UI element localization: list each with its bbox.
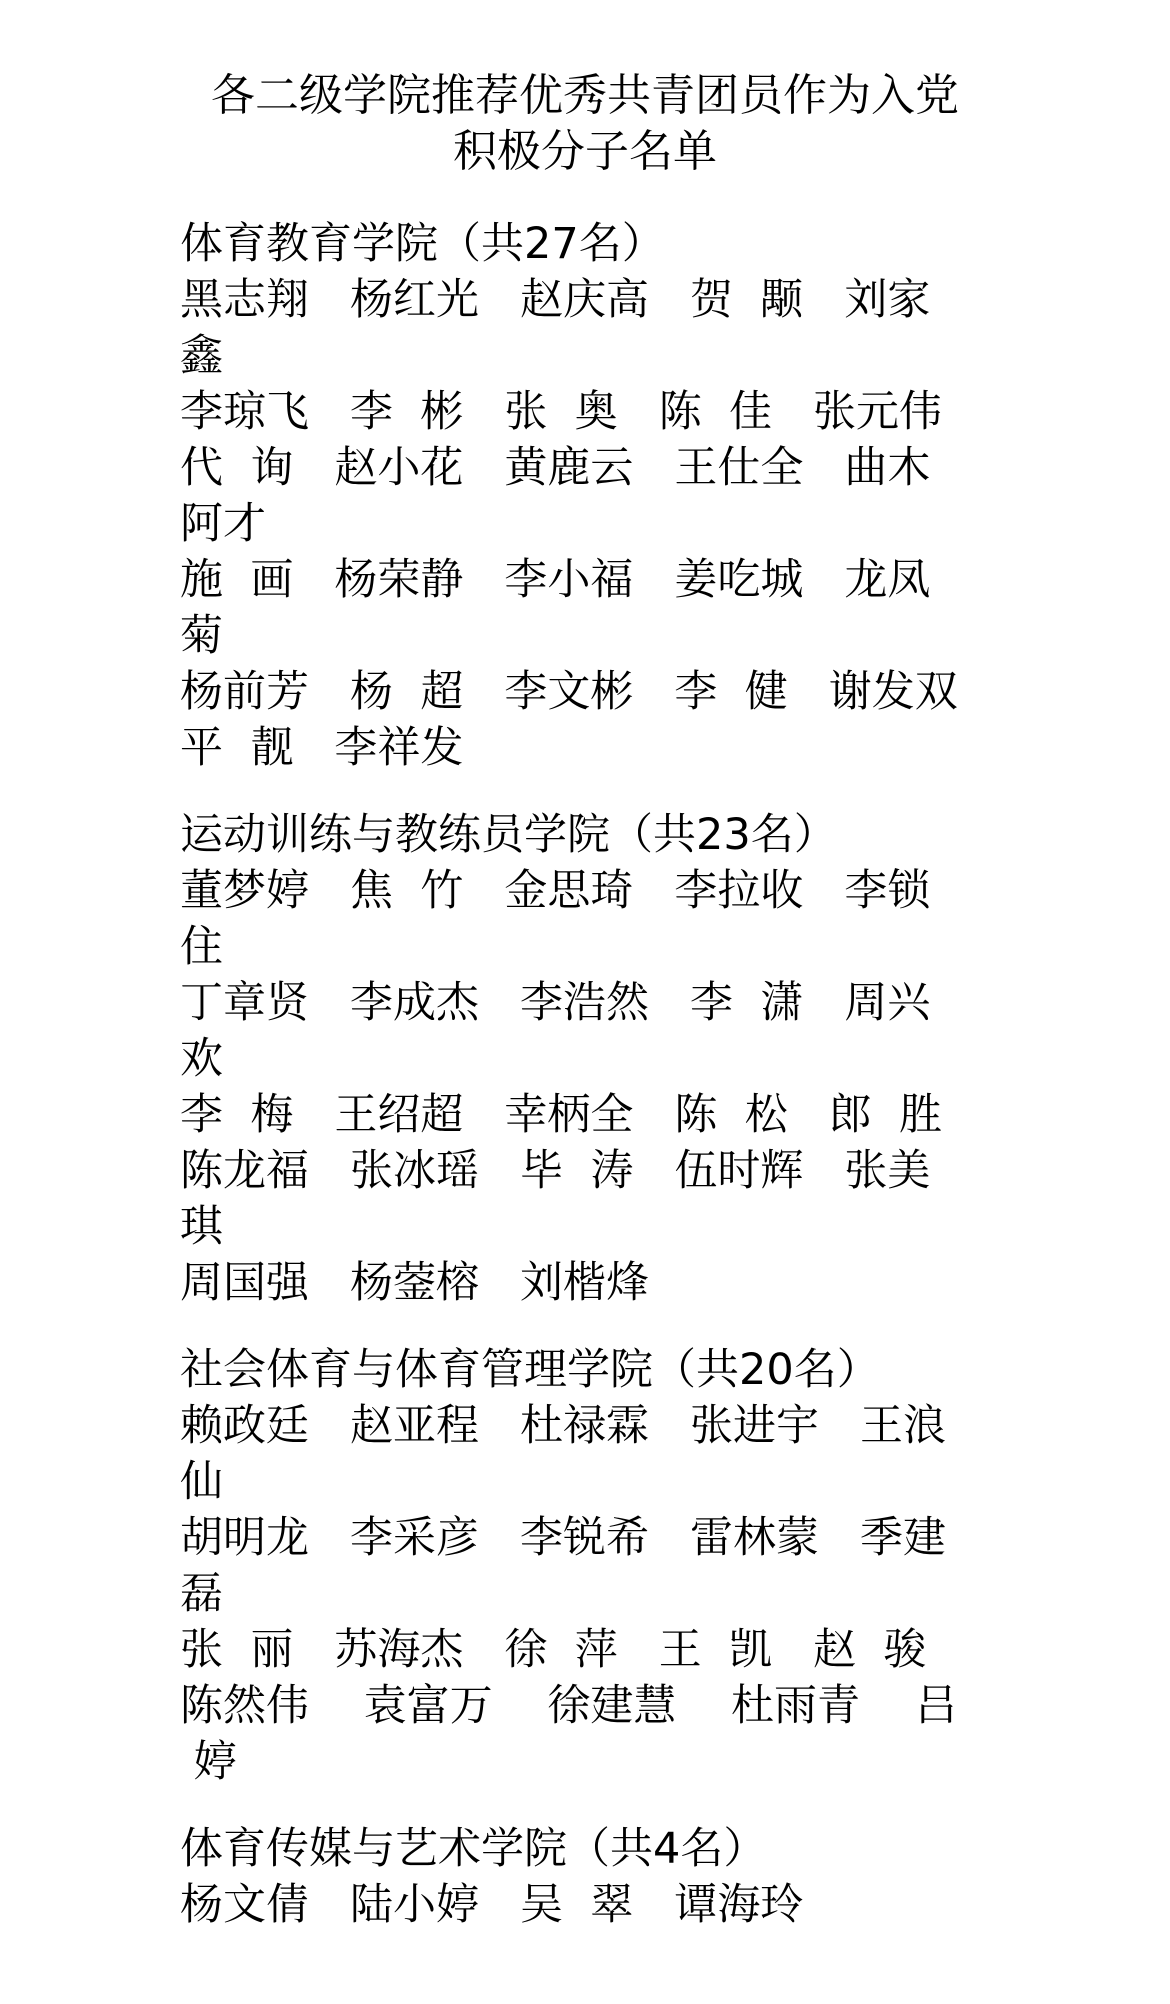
name-line: 胡明龙 李采彦 李锐希 雷林蒙 季建 [180, 1510, 1140, 1566]
section-heading: 社会体育与体育管理学院（共20名） [180, 1342, 1140, 1398]
section-sports-training-coaching: 运动训练与教练员学院（共23名） 董梦婷 焦 竹 金思琦 李拉收 李锁 住 丁章… [180, 807, 1140, 1311]
section-heading: 体育教育学院（共27名） [180, 216, 1140, 272]
name-line: 周国强 杨蓥榕 刘楷烽 [180, 1255, 1140, 1311]
name-line: 平 靓 李祥发 [180, 720, 1140, 776]
name-line: 琪 [180, 1199, 1140, 1255]
name-line: 赖政廷 赵亚程 杜禄霖 张进宇 王浪 [180, 1398, 1140, 1454]
title-line-2: 积极分子名单 [0, 124, 1170, 180]
name-line: 仙 [180, 1454, 1140, 1510]
name-line: 董梦婷 焦 竹 金思琦 李拉收 李锁 [180, 863, 1140, 919]
name-line: 李 梅 王绍超 幸柄全 陈 松 郎 胜 [180, 1087, 1140, 1143]
name-line: 杨文倩 陆小婷 吴 翠 谭海玲 [180, 1877, 1140, 1933]
name-line: 菊 [180, 608, 1140, 664]
name-line: 黑志翔 杨红光 赵庆高 贺 颙 刘家 [180, 272, 1140, 328]
name-line: 施 画 杨荣静 李小福 姜吃城 龙凤 [180, 552, 1140, 608]
name-line: 欢 [180, 1031, 1140, 1087]
name-line: 磊 [180, 1566, 1140, 1622]
section-heading: 运动训练与教练员学院（共23名） [180, 807, 1140, 863]
name-line: 陈然伟 袁富万 徐建慧 杜雨青 吕 [180, 1678, 1140, 1734]
document-title: 各二级学院推荐优秀共青团员作为入党 积极分子名单 [0, 68, 1170, 180]
section-heading: 体育传媒与艺术学院（共4名） [180, 1821, 1140, 1877]
title-line-1: 各二级学院推荐优秀共青团员作为入党 [0, 68, 1170, 124]
document-body: 体育教育学院（共27名） 黑志翔 杨红光 赵庆高 贺 颙 刘家 鑫 李琼飞 李 … [180, 216, 1140, 1964]
name-line: 鑫 [180, 328, 1140, 384]
name-line: 李琼飞 李 彬 张 奥 陈 佳 张元伟 [180, 384, 1140, 440]
document-page: 各二级学院推荐优秀共青团员作为入党 积极分子名单 体育教育学院（共27名） 黑志… [0, 0, 1170, 2004]
name-line: 张 丽 苏海杰 徐 萍 王 凯 赵 骏 [180, 1622, 1140, 1678]
name-line: 杨前芳 杨 超 李文彬 李 健 谢发双 [180, 664, 1140, 720]
section-physical-education: 体育教育学院（共27名） 黑志翔 杨红光 赵庆高 贺 颙 刘家 鑫 李琼飞 李 … [180, 216, 1140, 776]
name-line: 代 询 赵小花 黄鹿云 王仕全 曲木 [180, 440, 1140, 496]
name-line: 阿才 [180, 496, 1140, 552]
name-line: 婷 [180, 1734, 1140, 1790]
section-social-sports-management: 社会体育与体育管理学院（共20名） 赖政廷 赵亚程 杜禄霖 张进宇 王浪 仙 胡… [180, 1342, 1140, 1790]
name-line: 丁章贤 李成杰 李浩然 李 潇 周兴 [180, 975, 1140, 1031]
section-sports-media-arts: 体育传媒与艺术学院（共4名） 杨文倩 陆小婷 吴 翠 谭海玲 [180, 1821, 1140, 1933]
name-line: 住 [180, 919, 1140, 975]
name-line: 陈龙福 张冰瑶 毕 涛 伍时辉 张美 [180, 1143, 1140, 1199]
